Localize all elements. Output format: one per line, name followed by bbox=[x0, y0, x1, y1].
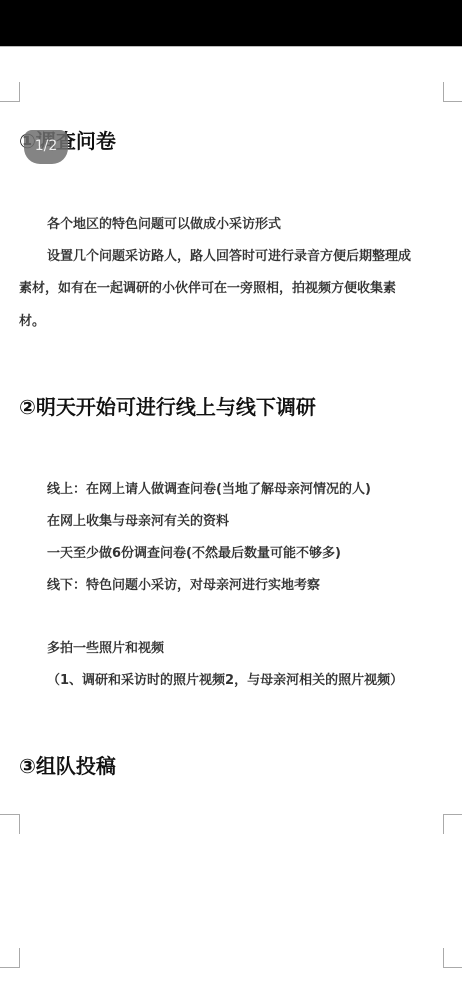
page-corner-mark bbox=[0, 948, 20, 968]
page-indicator-badge: 1/2 bbox=[24, 130, 68, 164]
paragraph-line: 线上：在网上请人做调查问卷(当地了解母亲河情况的人) bbox=[47, 478, 371, 497]
divider bbox=[0, 46, 462, 47]
page-corner-mark bbox=[443, 814, 462, 834]
section-heading-3: ③组队投稿 bbox=[19, 750, 116, 779]
paragraph-line: 线下：特色问题小采访，对母亲河进行实地考察 bbox=[47, 574, 320, 593]
paragraph-line: 材。 bbox=[19, 310, 45, 329]
paragraph-line: 设置几个问题采访路人，路人回答时可进行录音方便后期整理成 bbox=[47, 245, 411, 264]
paragraph-line: 多拍一些照片和视频 bbox=[47, 637, 164, 656]
paragraph-line: 各个地区的特色问题可以做成小采访形式 bbox=[47, 213, 281, 232]
top-status-bar bbox=[0, 0, 462, 46]
paragraph-line: 一天至少做6份调查问卷(不然最后数量可能不够多) bbox=[47, 542, 341, 561]
page-corner-mark bbox=[443, 948, 462, 968]
page-corner-mark bbox=[443, 82, 462, 102]
paragraph-line: 在网上收集与母亲河有关的资料 bbox=[47, 510, 229, 529]
page-corner-mark bbox=[0, 814, 20, 834]
paragraph-line: 素材，如有在一起调研的小伙伴可在一旁照相，拍视频方便收集素 bbox=[19, 277, 396, 296]
section-heading-2: ②明天开始可进行线上与线下调研 bbox=[19, 391, 316, 420]
paragraph-line: （1、调研和采访时的照片视频2，与母亲河相关的照片视频） bbox=[47, 669, 403, 688]
page-corner-mark bbox=[0, 82, 20, 102]
